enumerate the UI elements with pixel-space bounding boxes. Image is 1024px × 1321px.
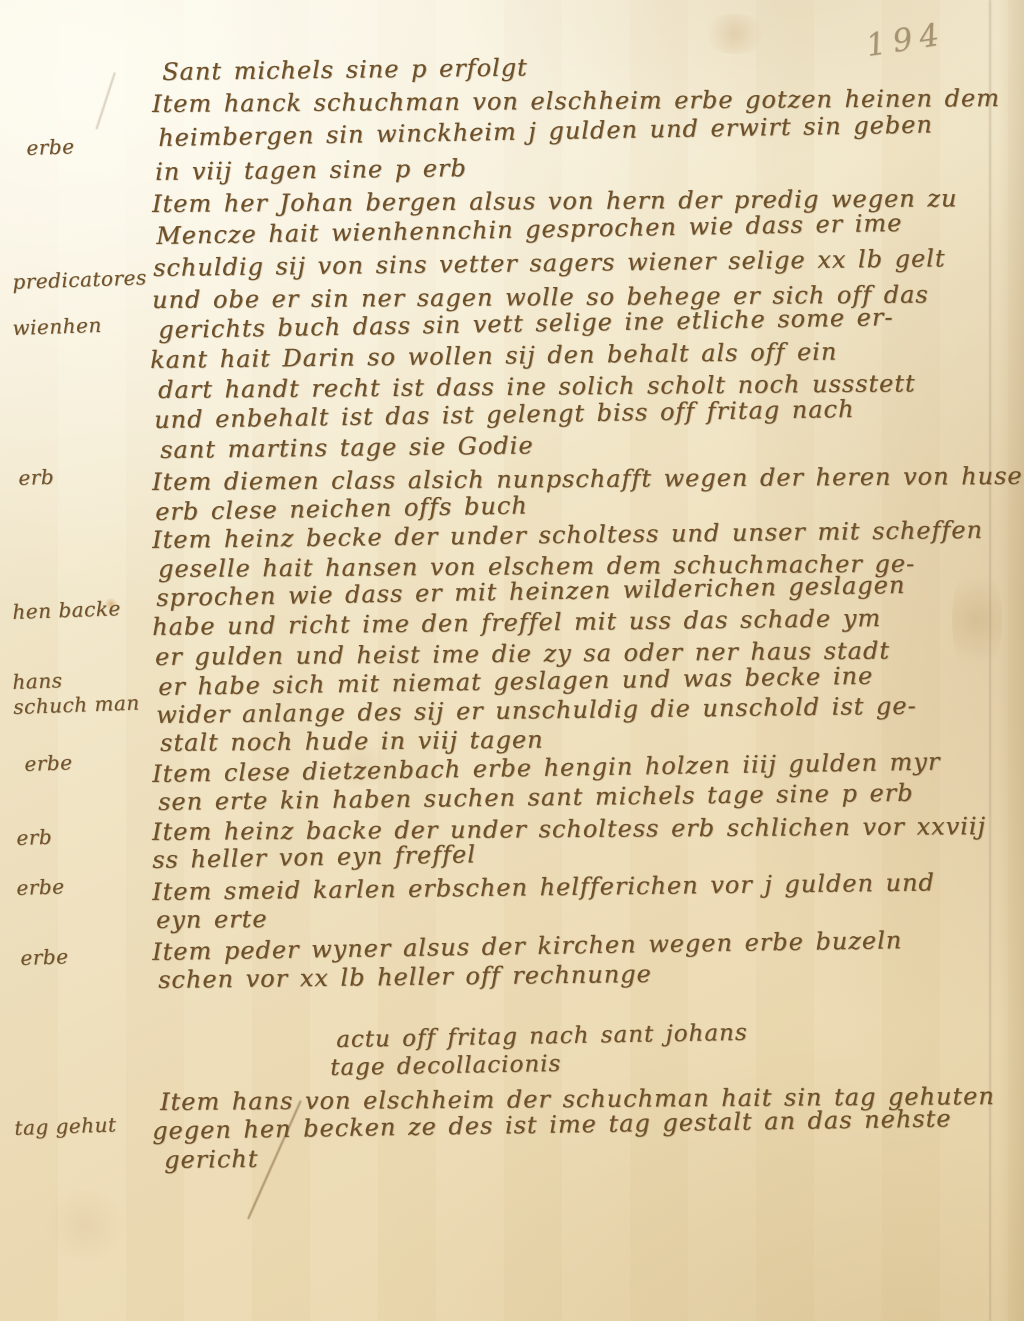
text-line: sen erte kin haben suchen sant michels t… [158, 781, 914, 815]
text-line: erb clese neichen offs buch [155, 493, 528, 525]
dating-clause-line: tage decollacionis [330, 1052, 562, 1080]
manuscript-page: 194 erbe predicatores wienhen erb hen ba… [0, 0, 1024, 1321]
margin-note: erbe [20, 944, 69, 971]
margin-note: erbe [16, 874, 65, 901]
dating-clause-line: actu off fritag nach sant johans [336, 1021, 748, 1052]
text-line: Item peder wyner alsus der kirchen wegen… [152, 928, 902, 965]
margin-note: erbe [26, 134, 75, 161]
text-line: habe und richt ime den freffel mit uss d… [152, 606, 881, 640]
text-line: Item diemen class alsich nunpschafft weg… [152, 464, 1024, 495]
text-line: sant martins tage sie Godie [160, 433, 534, 463]
paper-stain [40, 1190, 130, 1260]
margin-note: erb [18, 465, 55, 491]
margin-note: hen backe [12, 596, 121, 625]
text-line: ss heller von eyn freffel [152, 842, 476, 873]
text-line: kant hait Darin so wollen sij den behalt… [150, 340, 837, 374]
text-line: Item heinz backe der under scholtess erb… [152, 814, 986, 845]
margin-note: wienhen [12, 313, 102, 341]
text-line: gericht [164, 1147, 259, 1173]
paper-stain [952, 560, 1002, 680]
margin-note: predicatores [12, 265, 147, 295]
ink-flourish [95, 72, 115, 130]
page-edge-shading [998, 0, 1024, 1321]
fold-crease [988, 0, 992, 1321]
text-line: wider anlange des sij er unschuldig die … [156, 694, 917, 728]
text-line: eyn erte [156, 907, 268, 933]
page-number: 194 [864, 16, 949, 64]
text-line: heimbergen sin winckheim j gulden und er… [158, 112, 933, 151]
margin-note: erbe [24, 750, 73, 777]
margin-note: erb [16, 825, 53, 851]
paper-stain [700, 14, 770, 54]
margin-note: hans schuch man [12, 665, 144, 720]
text-line: stalt noch hude in viij tagen [160, 728, 544, 757]
margin-note: tag gehut [14, 1112, 117, 1141]
text-line: Item smeid karlen erbschen helfferichen … [152, 870, 935, 905]
text-line: schuldig sij von sins vetter sagers wien… [153, 246, 946, 281]
text-line: schen vor xx lb heller off rechnunge [158, 962, 652, 993]
text-line: in viij tagen sine p erb [155, 156, 467, 185]
text-line: Sant michels sine p erfolgt [162, 56, 528, 86]
